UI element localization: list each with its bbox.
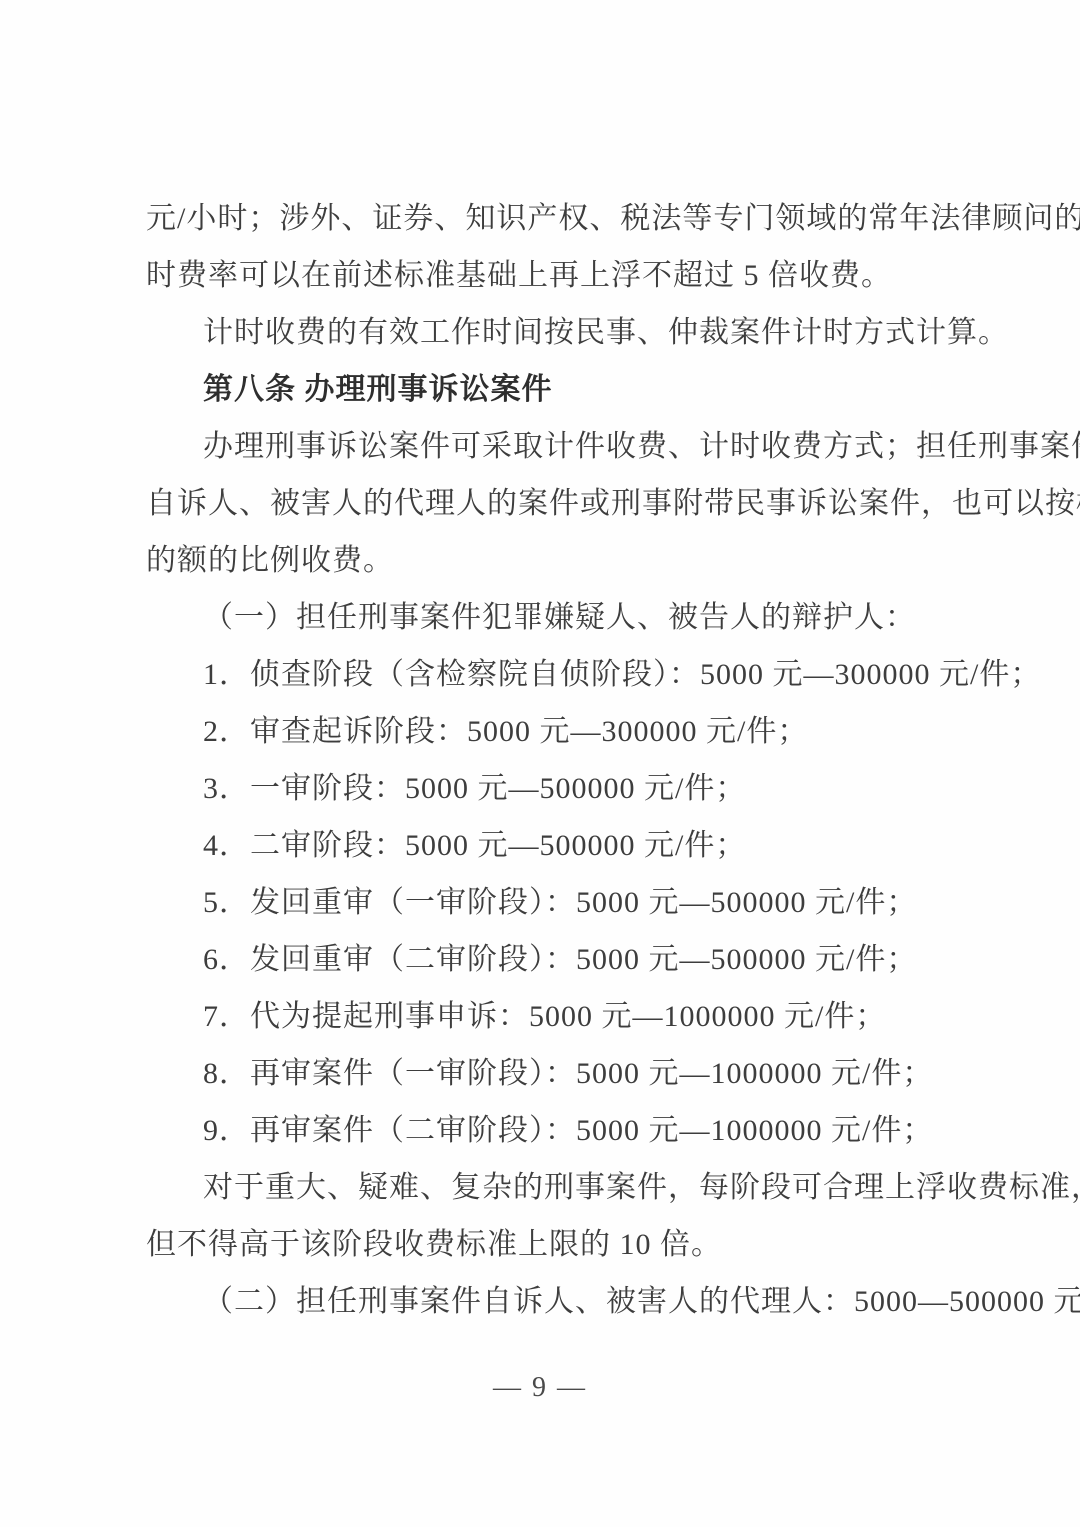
text-line: 对于重大、疑难、复杂的刑事案件，每阶段可合理上浮收费标准， (146, 1159, 970, 1216)
text-line: 元/小时；涉外、证券、知识产权、税法等专门领域的常年法律顾问的小 (146, 190, 970, 247)
text-line: 2．审查起诉阶段：5000 元—300000 元/件； (146, 703, 970, 760)
text-line: 8．再审案件（一审阶段）：5000 元—1000000 元/件； (146, 1045, 970, 1102)
page-number: — 9 — (0, 1372, 1080, 1404)
text-line: 5．发回重审（一审阶段）：5000 元—500000 元/件； (146, 874, 970, 931)
text-line: （一）担任刑事案件犯罪嫌疑人、被告人的辩护人： (146, 589, 970, 646)
text-line: 9．再审案件（二审阶段）：5000 元—1000000 元/件； (146, 1102, 970, 1159)
text-line: 自诉人、被害人的代理人的案件或刑事附带民事诉讼案件，也可以按标 (146, 475, 970, 532)
text-line: 时费率可以在前述标准基础上再上浮不超过 5 倍收费。 (146, 247, 970, 304)
text-line: 但不得高于该阶段收费标准上限的 10 倍。 (146, 1216, 970, 1273)
text-line: （二）担任刑事案件自诉人、被害人的代理人：5000—500000 元/ (146, 1273, 970, 1330)
text-line: 6．发回重审（二审阶段）：5000 元—500000 元/件； (146, 931, 970, 988)
text-line: 7．代为提起刑事申诉：5000 元—1000000 元/件； (146, 988, 970, 1045)
text-line: 3．一审阶段：5000 元—500000 元/件； (146, 760, 970, 817)
text-line: 的额的比例收费。 (146, 532, 970, 589)
text-line: 办理刑事诉讼案件可采取计件收费、计时收费方式；担任刑事案件 (146, 418, 970, 475)
text-line: 计时收费的有效工作时间按民事、仲裁案件计时方式计算。 (146, 304, 970, 361)
text-line: 4．二审阶段：5000 元—500000 元/件； (146, 817, 970, 874)
text-line: 1．侦查阶段（含检察院自侦阶段）：5000 元—300000 元/件； (146, 646, 970, 703)
document-body: 元/小时；涉外、证券、知识产权、税法等专门领域的常年法律顾问的小时费率可以在前述… (146, 190, 970, 1330)
text-line: 第八条 办理刑事诉讼案件 (146, 361, 970, 418)
document-page: 元/小时；涉外、证券、知识产权、税法等专门领域的常年法律顾问的小时费率可以在前述… (0, 0, 1080, 1527)
